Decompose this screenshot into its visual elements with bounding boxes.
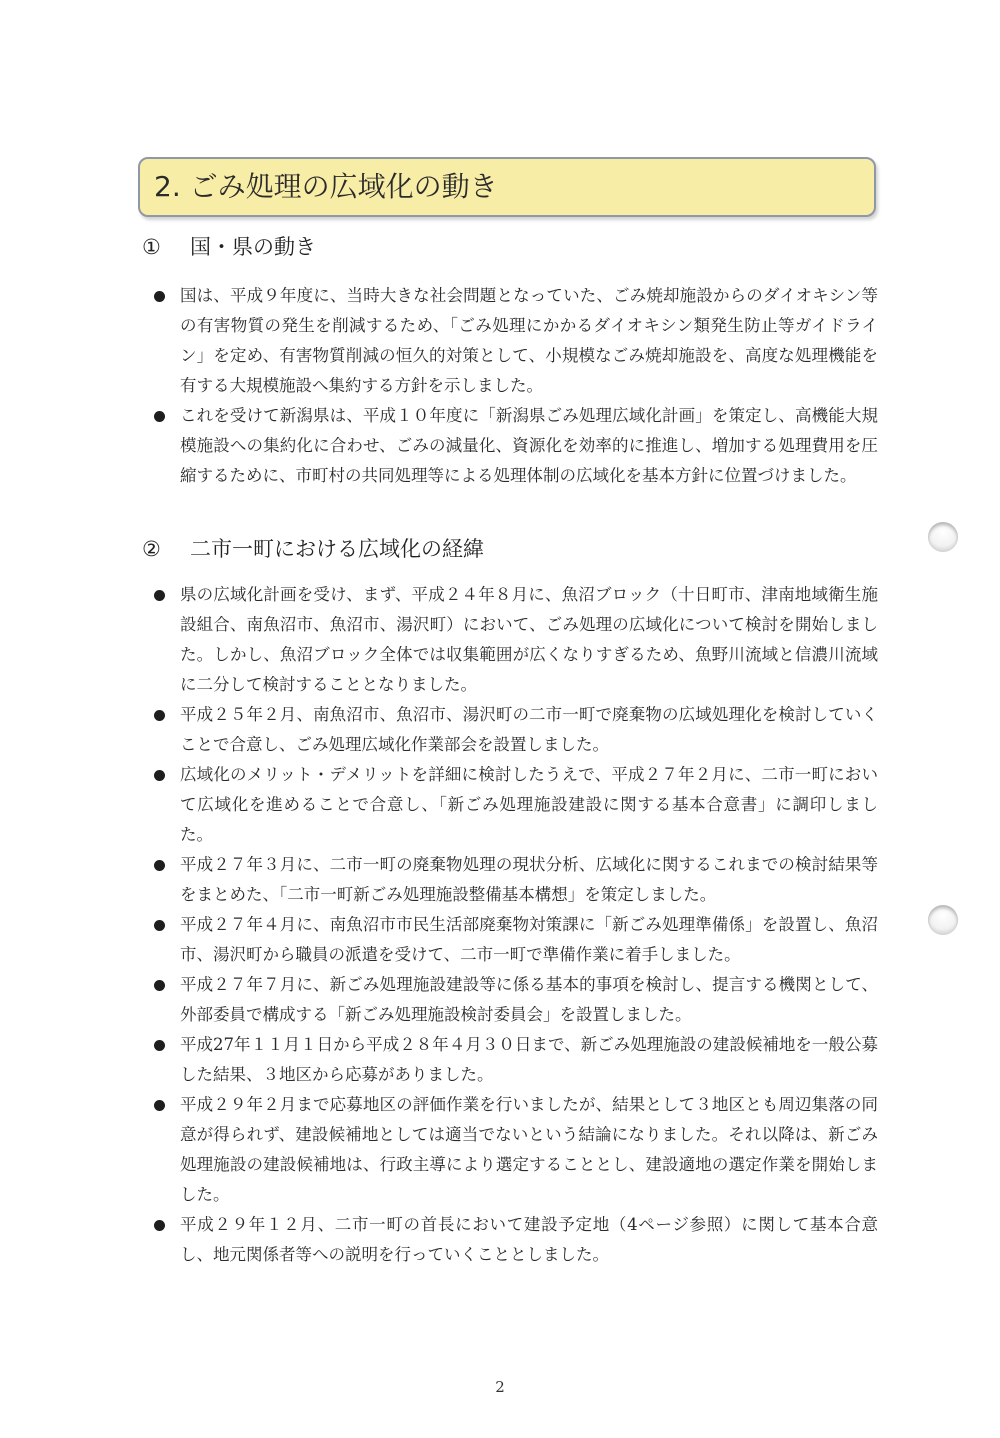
- bullet-text: 平成２７年４月に、南魚沼市市民生活部廃棄物対策課に「新ごみ処理準備係」を設置し、…: [180, 915, 878, 964]
- section-title: 二市一町における広域化の経緯: [190, 537, 484, 561]
- bullet-text: 平成２７年７月に、新ごみ処理施設建設等に係る基本的事項を検討し、提言する機関とし…: [180, 975, 878, 1024]
- section-1-bullets: 国は、平成９年度に、当時大きな社会問題となっていた、ごみ焼却施設からのダイオキシ…: [152, 281, 878, 491]
- bullet-icon: [154, 980, 165, 991]
- section-title: 国・県の動き: [190, 235, 316, 259]
- document-page: 2. ごみ処理の広域化の動き ①国・県の動き 国は、平成９年度に、当時大きな社会…: [0, 0, 1000, 1438]
- bullet-text: 平成２９年２月まで応募地区の評価作業を行いましたが、結果として３地区とも周辺集落…: [180, 1095, 878, 1204]
- section-heading-2: ②二市一町における広域化の経緯: [142, 535, 484, 563]
- bullet-icon: [154, 860, 165, 871]
- list-item: これを受けて新潟県は、平成１０年度に「新潟県ごみ処理広域化計画」を策定し、高機能…: [152, 401, 878, 491]
- bullet-text: 国は、平成９年度に、当時大きな社会問題となっていた、ごみ焼却施設からのダイオキシ…: [180, 286, 878, 395]
- list-item: 平成２９年１２月、二市一町の首長において建設予定地（4ページ参照）に関して基本合…: [152, 1210, 878, 1270]
- bullet-text: 平成２７年３月に、二市一町の廃棄物処理の現状分析、広域化に関するこれまでの検討結…: [180, 855, 878, 904]
- list-item: 平成27年１１月１日から平成２８年４月３０日まで、新ごみ処理施設の建設候補地を一…: [152, 1030, 878, 1090]
- list-item: 平成２７年３月に、二市一町の廃棄物処理の現状分析、広域化に関するこれまでの検討結…: [152, 850, 878, 910]
- section-number: ①: [142, 233, 190, 261]
- bullet-icon: [154, 770, 165, 781]
- bullet-text: 平成27年１１月１日から平成２８年４月３０日まで、新ごみ処理施設の建設候補地を一…: [180, 1035, 878, 1084]
- list-item: 県の広域化計画を受け、まず、平成２４年８月に、魚沼ブロック（十日町市、津南地域衛…: [152, 580, 878, 700]
- bullet-icon: [154, 411, 165, 422]
- bullet-icon: [154, 1040, 165, 1051]
- bullet-icon: [154, 920, 165, 931]
- list-item: 平成２５年２月、南魚沼市、魚沼市、湯沢町の二市一町で廃棄物の広域処理化を検討して…: [152, 700, 878, 760]
- list-item: 広域化のメリット・デメリットを詳細に検討したうえで、平成２７年２月に、二市一町に…: [152, 760, 878, 850]
- punch-hole-bottom: [928, 905, 958, 935]
- list-item: 国は、平成９年度に、当時大きな社会問題となっていた、ごみ焼却施設からのダイオキシ…: [152, 281, 878, 401]
- bullet-text: これを受けて新潟県は、平成１０年度に「新潟県ごみ処理広域化計画」を策定し、高機能…: [180, 406, 878, 485]
- section-heading-1: ①国・県の動き: [142, 233, 316, 261]
- bullet-icon: [154, 710, 165, 721]
- chapter-title-box: 2. ごみ処理の広域化の動き: [138, 157, 876, 217]
- bullet-text: 県の広域化計画を受け、まず、平成２４年８月に、魚沼ブロック（十日町市、津南地域衛…: [180, 585, 878, 694]
- bullet-icon: [154, 1100, 165, 1111]
- bullet-text: 平成２５年２月、南魚沼市、魚沼市、湯沢町の二市一町で廃棄物の広域処理化を検討して…: [180, 705, 878, 754]
- section-number: ②: [142, 535, 190, 563]
- bullet-text: 広域化のメリット・デメリットを詳細に検討したうえで、平成２７年２月に、二市一町に…: [180, 765, 878, 844]
- section-2-bullets: 県の広域化計画を受け、まず、平成２４年８月に、魚沼ブロック（十日町市、津南地域衛…: [152, 580, 878, 1270]
- bullet-icon: [154, 291, 165, 302]
- bullet-text: 平成２９年１２月、二市一町の首長において建設予定地（4ページ参照）に関して基本合…: [180, 1215, 878, 1264]
- punch-hole-top: [928, 522, 958, 552]
- bullet-icon: [154, 1220, 165, 1231]
- bullet-icon: [154, 590, 165, 601]
- page-number: 2: [0, 1378, 1000, 1396]
- list-item: 平成２７年７月に、新ごみ処理施設建設等に係る基本的事項を検討し、提言する機関とし…: [152, 970, 878, 1030]
- list-item: 平成２９年２月まで応募地区の評価作業を行いましたが、結果として３地区とも周辺集落…: [152, 1090, 878, 1210]
- list-item: 平成２７年４月に、南魚沼市市民生活部廃棄物対策課に「新ごみ処理準備係」を設置し、…: [152, 910, 878, 970]
- chapter-title: 2. ごみ処理の広域化の動き: [154, 169, 498, 205]
